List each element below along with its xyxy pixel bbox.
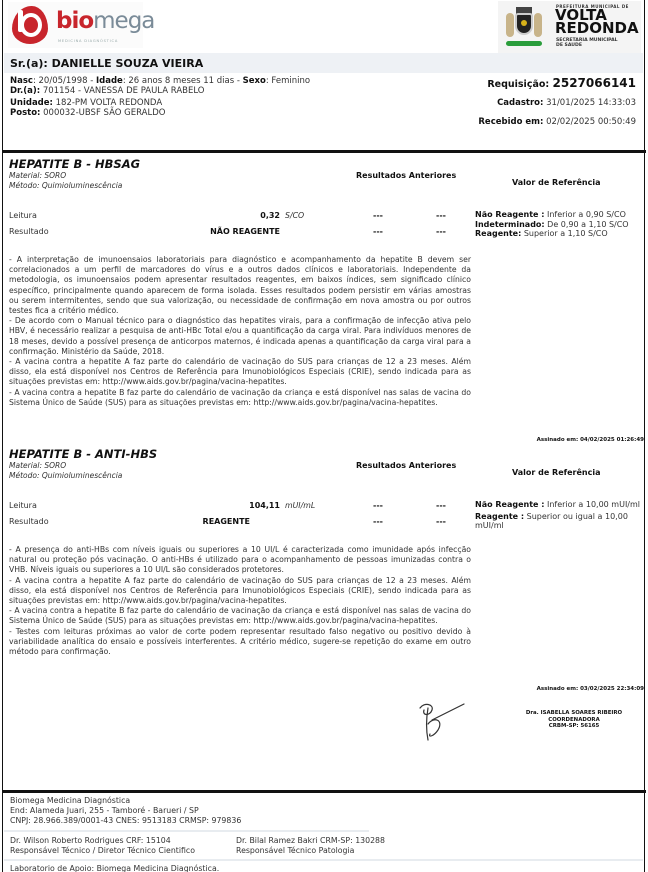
footer-divider xyxy=(2,790,646,793)
result-value: REAGENTE xyxy=(203,517,250,526)
previous-result-2: --- xyxy=(436,211,446,220)
result-label: Resultado xyxy=(9,517,49,526)
exam-title: HEPATITE B - HBSAG xyxy=(9,157,140,171)
biomega-logo: biomega MEDICINA DIAGNÓSTICA xyxy=(8,2,143,48)
requesting-doctor: Dr.(a): 701154 - VANESSA DE PAULA RABELO xyxy=(10,87,310,97)
previous-results-header: Resultados Anteriores xyxy=(356,171,456,180)
exam-title: HEPATITE B - ANTI-HBS xyxy=(9,447,157,461)
signatory-name: Dra. ISABELLA SOARES RIBEIRO xyxy=(510,710,638,717)
city-logo-secretaria: SECRETARIA MUNICIPALDE SAUDE xyxy=(556,38,618,49)
previous-result-1: --- xyxy=(373,501,383,510)
signed-timestamp: Assinado em: 03/02/2025 22:34:09 xyxy=(537,686,644,692)
signed-timestamp: Assinado em: 04/02/2025 01:26:49 xyxy=(537,437,644,443)
reading-label: Leitura xyxy=(9,501,37,510)
footer-separator xyxy=(4,830,369,832)
report-frame xyxy=(2,0,645,872)
registration-date: Cadastro: 31/01/2025 14:33:03 xyxy=(478,98,636,108)
volta-redonda-logo: PREFEITURA MUNICIPAL DE VOLTAREDONDA SEC… xyxy=(498,1,641,53)
result-value: NÃO REAGENTE xyxy=(210,227,280,236)
exam-anti-hbs-notes: - A presença do anti-HBs com níveis igua… xyxy=(9,545,471,657)
previous-result-1: --- xyxy=(373,227,383,236)
responsible-2: Dr. Bilal Ramez Bakri CRM-SP: 130288 Res… xyxy=(236,836,385,856)
responsible-1: Dr. Wilson Roberto Rodrigues CRF: 15104 … xyxy=(10,836,195,856)
support-lab: Laboratorio de Apoio: Biomega Medicina D… xyxy=(10,864,219,872)
biomega-logo-text: biomega xyxy=(56,8,154,34)
previous-result-2: --- xyxy=(436,501,446,510)
received-date: Recebido em: 02/02/2025 00:50:49 xyxy=(478,117,636,127)
patient-bar: Sr.(a): DANIELLE SOUZA VIEIRA xyxy=(4,53,643,73)
reference-header: Valor de Referência xyxy=(512,468,601,477)
biomega-tagline: MEDICINA DIAGNÓSTICA xyxy=(58,39,118,43)
reading-value: 0,32 xyxy=(260,211,280,220)
reading-unit: S/CO xyxy=(285,211,304,220)
result-label: Resultado xyxy=(9,227,49,236)
reading-label: Leitura xyxy=(9,211,37,220)
previous-result-2: --- xyxy=(436,517,446,526)
reference-values: Não Reagente : Inferior a 10,00 mUI/ml R… xyxy=(475,500,643,531)
signatory-role: COORDENADORA xyxy=(510,717,638,724)
exam-material-method: Material: SORO Método: Quimioluminescênc… xyxy=(9,461,122,481)
signatory-registry: CRBM-SP: 56165 xyxy=(510,723,638,730)
section-divider xyxy=(2,150,646,153)
technical-responsibles: Dr. Wilson Roberto Rodrigues CRF: 15104 … xyxy=(10,836,195,856)
city-logo-name: VOLTAREDONDA xyxy=(555,9,639,35)
biomega-drop-icon xyxy=(12,6,48,44)
lab-info: Biomega Medicina Diagnóstica End: Alamed… xyxy=(10,796,241,826)
signature-icon xyxy=(410,694,470,744)
reference-header: Valor de Referência xyxy=(512,178,601,187)
footer-separator xyxy=(4,859,643,861)
request-info: Requisição: 2527066141 Cadastro: 31/01/2… xyxy=(478,76,636,127)
reading-value: 104,11 xyxy=(249,501,280,510)
collection-post: Posto: 000032-UBSF SÃO GERALDO xyxy=(10,109,310,119)
previous-result-1: --- xyxy=(373,517,383,526)
city-crest-icon xyxy=(504,5,544,49)
patient-name: Sr.(a): DANIELLE SOUZA VIEIRA xyxy=(10,57,203,70)
signatory-block: Dra. ISABELLA SOARES RIBEIRO COORDENADOR… xyxy=(510,710,638,730)
previous-result-2: --- xyxy=(436,227,446,236)
exam-hbsag-notes: - A interpretação de imunoensaios labora… xyxy=(9,255,471,408)
reference-values: Não Reagente : Inferior a 0,90 S/CO Inde… xyxy=(475,210,643,239)
previous-results-header: Resultados Anteriores xyxy=(356,461,456,470)
reading-unit: mUI/mL xyxy=(285,501,315,510)
previous-result-1: --- xyxy=(373,211,383,220)
request-number: Requisição: 2527066141 xyxy=(478,76,636,90)
exam-material-method: Material: SORO Método: Quimioluminescênc… xyxy=(9,171,122,191)
patient-info: Nasc: 20/05/1998 - Idade: 26 anos 8 mese… xyxy=(10,77,310,118)
